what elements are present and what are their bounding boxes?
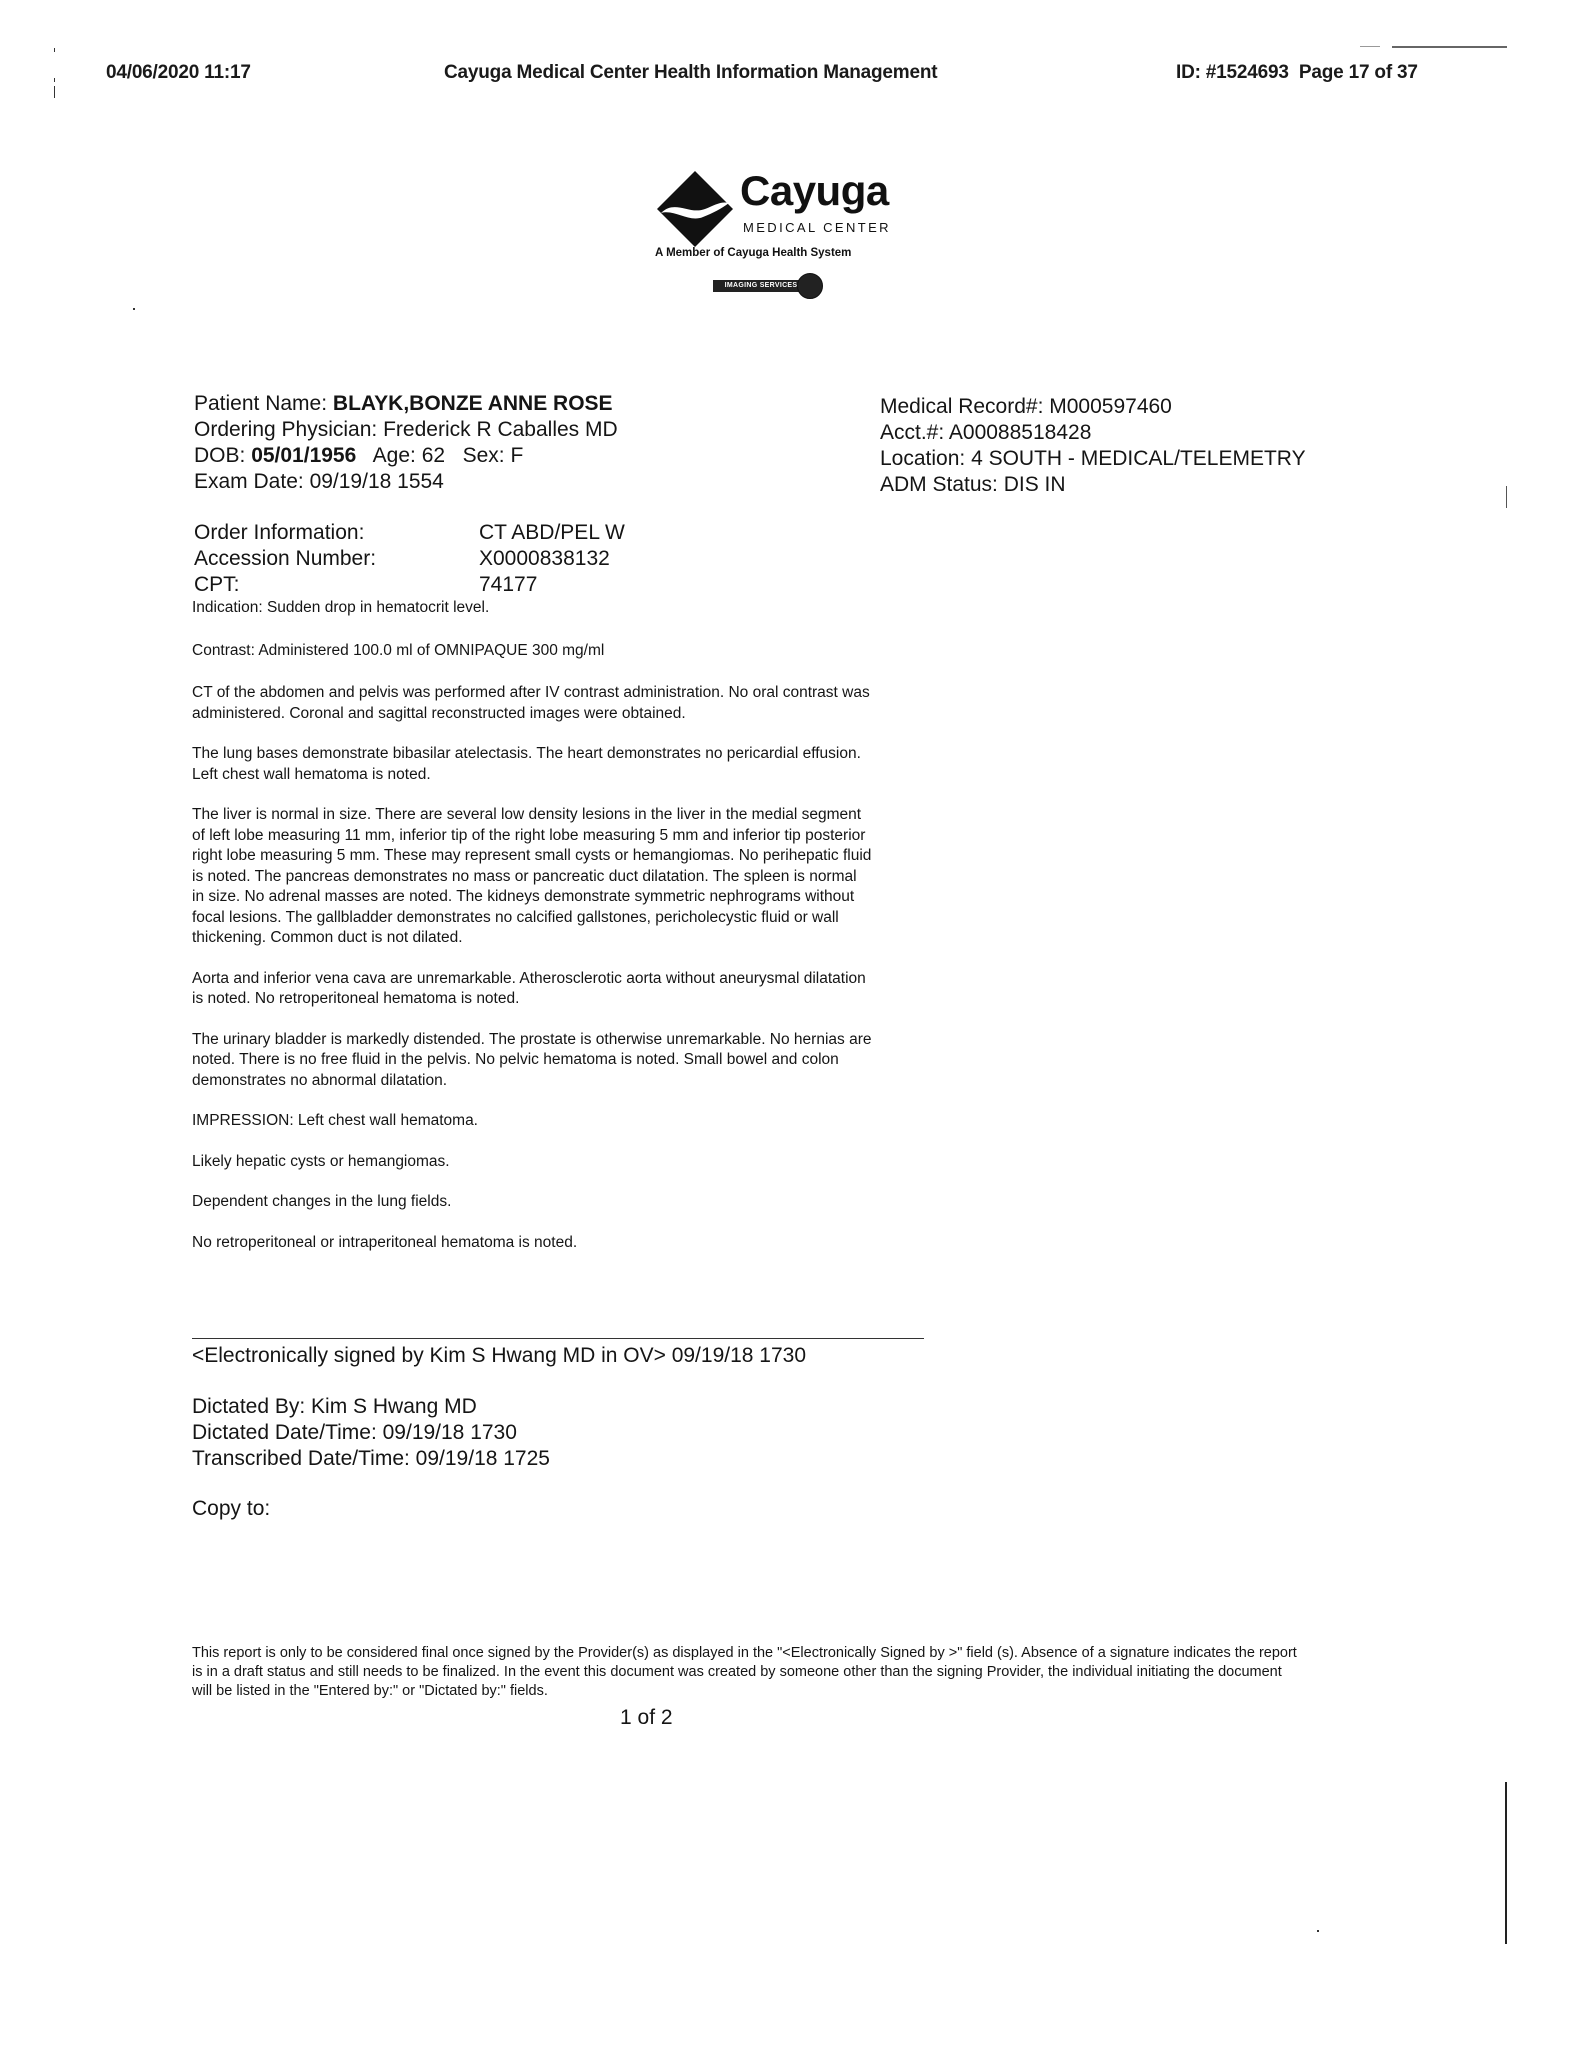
logo-subtitle: MEDICAL CENTER [743, 220, 891, 235]
impression-item: No retroperitoneal or intraperitoneal he… [192, 1233, 872, 1254]
scan-mark [1317, 1930, 1319, 1932]
dictation-info: Dictated By: Kim S Hwang MD Dictated Dat… [192, 1394, 550, 1472]
exam-date: 09/19/18 1554 [310, 470, 444, 493]
impression-item: Dependent changes in the lung fields. [192, 1192, 872, 1213]
document-id: ID: #1524693 [1176, 62, 1289, 83]
scan-mark [54, 78, 55, 82]
scan-mark [1392, 46, 1507, 48]
patient-info: Patient Name: BLAYK,BONZE ANNE ROSE Orde… [194, 391, 618, 495]
page-indicator: Page 17 of 37 [1299, 62, 1418, 83]
dictated-datetime: Dictated Date/Time: 09/19/18 1730 [192, 1420, 550, 1446]
indication: Indication: Sudden drop in hematocrit le… [192, 598, 872, 619]
accession-number: X0000838132 [479, 546, 610, 572]
record-info: Medical Record#: M000597460 Acct.#: A000… [880, 394, 1306, 498]
patient-name: BLAYK,BONZE ANNE ROSE [333, 392, 613, 415]
scan-mark [54, 86, 55, 98]
transcribed-datetime: Transcribed Date/Time: 09/19/18 1725 [192, 1446, 550, 1472]
age: 62 [422, 444, 445, 467]
cpt-row: CPT:74177 [194, 572, 625, 598]
findings-chest: The lung bases demonstrate bibasilar ate… [192, 744, 872, 785]
dictated-by: Dictated By: Kim S Hwang MD [192, 1394, 550, 1420]
order-information: CT ABD/PEL W [479, 520, 625, 546]
imaging-services-badge: IMAGING SERVICES [713, 273, 823, 299]
medical-record-number: M000597460 [1049, 395, 1172, 418]
imaging-services-label: IMAGING SERVICES [713, 280, 809, 292]
electronic-signature: <Electronically signed by Kim S Hwang MD… [192, 1343, 806, 1369]
scan-mark [133, 308, 135, 310]
document-id-page: ID: #1524693 Page 17 of 37 [1176, 62, 1418, 84]
location-row: Location: 4 SOUTH - MEDICAL/TELEMETRY [880, 446, 1306, 472]
signature-divider [192, 1338, 924, 1339]
organization-title: Cayuga Medical Center Health Information… [444, 62, 937, 84]
ordering-physician-row: Ordering Physician: Frederick R Caballes… [194, 417, 618, 443]
cpt-code: 74177 [479, 572, 537, 598]
adm-status-row: ADM Status: DIS IN [880, 472, 1306, 498]
accession-row: Accession Number:X0000838132 [194, 546, 625, 572]
dob: 05/01/1956 [251, 444, 356, 467]
copy-to: Copy to: [192, 1496, 270, 1522]
scan-mark [1360, 46, 1380, 47]
location: 4 SOUTH - MEDICAL/TELEMETRY [971, 447, 1306, 470]
cayuga-logo: Cayuga MEDICAL CENTER A Member of Cayuga… [655, 165, 900, 325]
findings-abdomen: The liver is normal in size. There are s… [192, 805, 872, 949]
scan-mark [54, 48, 55, 52]
account-number: A00088518428 [949, 421, 1091, 444]
ordering-physician: Frederick R Caballes MD [383, 418, 618, 441]
logo-name: Cayuga [740, 167, 889, 215]
findings-pelvis: The urinary bladder is markedly distende… [192, 1030, 872, 1092]
cayuga-diamond-wave-icon [655, 169, 735, 249]
order-info: Order Information:CT ABD/PEL W Accession… [194, 520, 625, 598]
patient-name-row: Patient Name: BLAYK,BONZE ANNE ROSE [194, 391, 618, 417]
adm-status: DIS IN [1004, 473, 1066, 496]
medical-record-row: Medical Record#: M000597460 [880, 394, 1306, 420]
impression-item: Likely hepatic cysts or hemangiomas. [192, 1152, 872, 1173]
report-body: Indication: Sudden drop in hematocrit le… [192, 598, 872, 1273]
dob-row: DOB: 05/01/1956 Age: 62 Sex: F [194, 443, 618, 469]
exam-date-row: Exam Date: 09/19/18 1554 [194, 469, 618, 495]
impression: IMPRESSION: Left chest wall hematoma. [192, 1111, 872, 1132]
order-information-row: Order Information:CT ABD/PEL W [194, 520, 625, 546]
sex: F [510, 444, 523, 467]
findings-vessels: Aorta and inferior vena cava are unremar… [192, 969, 872, 1010]
findings-technique: CT of the abdomen and pelvis was perform… [192, 683, 872, 724]
account-row: Acct.#: A00088518428 [880, 420, 1306, 446]
logo-member-line: A Member of Cayuga Health System [655, 247, 851, 259]
printed-datetime: 04/06/2020 11:17 [106, 62, 251, 84]
contrast: Contrast: Administered 100.0 ml of OMNIP… [192, 641, 872, 662]
scan-mark [1506, 486, 1507, 508]
report-page-number: 1 of 2 [620, 1706, 673, 1730]
finalization-disclaimer: This report is only to be considered fin… [192, 1644, 1302, 1701]
seal-icon [797, 273, 823, 299]
scan-mark [1505, 1782, 1507, 1944]
